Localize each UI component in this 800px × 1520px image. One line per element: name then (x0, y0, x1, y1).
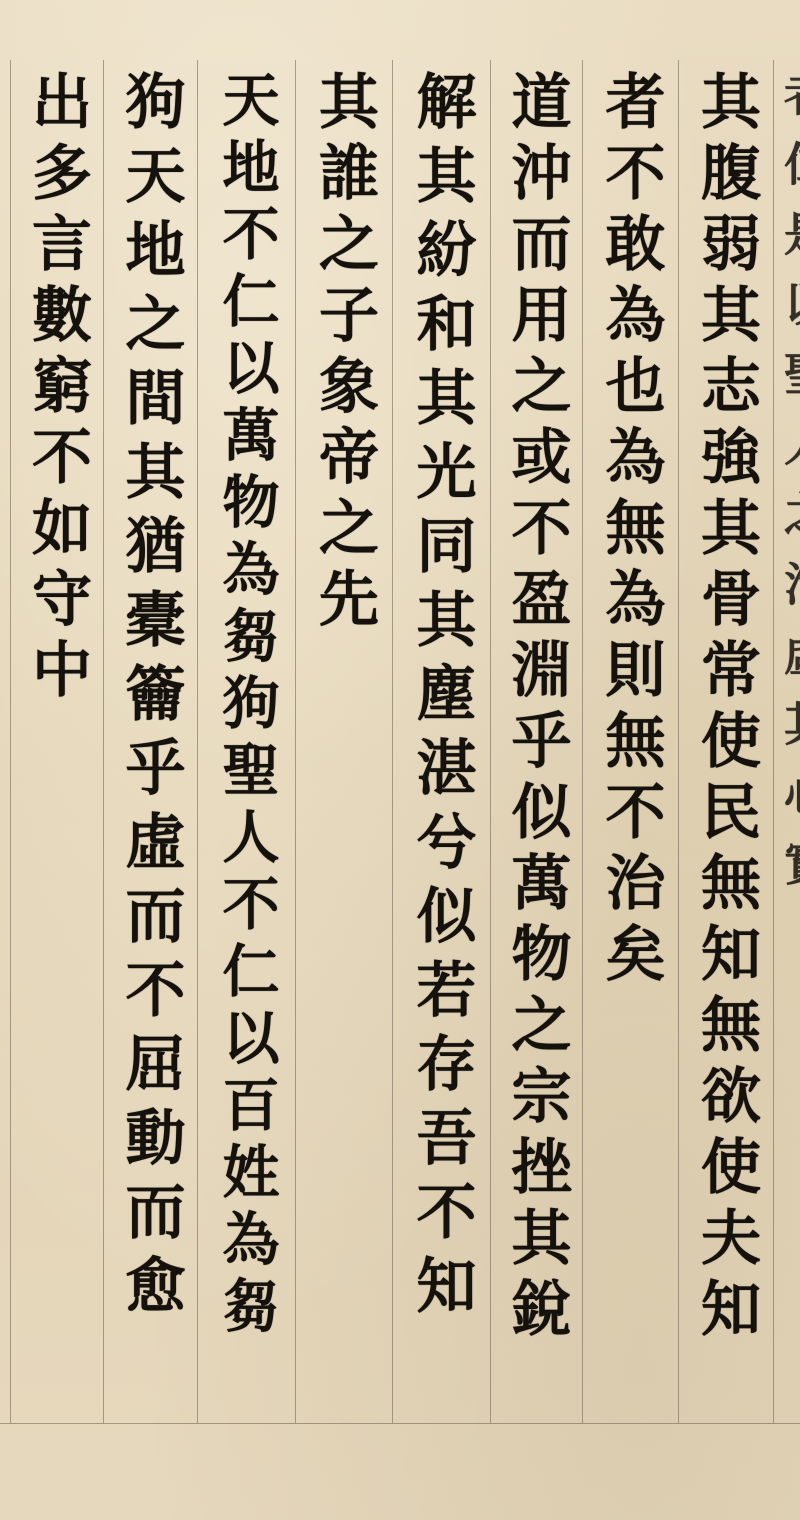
column-text: 其腹弱其志強其骨常使民無知無欲使夫知 (696, 70, 756, 1348)
text-column-3: 道沖而用之或不盈淵乎似萬物之宗挫其銳 (491, 60, 582, 1423)
text-column-4: 解其紛和其光同其塵湛兮似若存吾不知 (393, 60, 490, 1423)
manuscript-grid: 者仁是以聖人之治虛其心實 其腹弱其志強其骨常使民無知無欲使夫知 者不敢為也為無為… (0, 60, 800, 1424)
column-text: 狗天地之間其猶橐籥乎虛而不屈動而愈 (121, 70, 181, 1328)
text-column-7: 狗天地之間其猶橐籥乎虛而不屈動而愈 (104, 60, 197, 1423)
column-text: 天地不仁以萬物為芻狗聖人不仁以百姓為芻 (218, 70, 275, 1343)
text-column-1: 其腹弱其志強其骨常使民無知無欲使夫知 (679, 60, 773, 1423)
text-column-5: 其誰之子象帝之先 (296, 60, 392, 1423)
column-text: 者仁是以聖人之治虛其心實 (781, 70, 800, 910)
text-column-partial: 者仁是以聖人之治虛其心實 (774, 60, 800, 1423)
text-column-6: 天地不仁以萬物為芻狗聖人不仁以百姓為芻 (198, 60, 295, 1423)
column-text: 者不敢為也為無為則無不治矣 (601, 70, 661, 993)
text-column-8: 出多言數窮不如守中 (11, 60, 103, 1423)
column-text: 其誰之子象帝之先 (314, 70, 374, 638)
column-text: 出多言數窮不如守中 (27, 70, 87, 709)
column-text: 道沖而用之或不盈淵乎似萬物之宗挫其銳 (507, 70, 567, 1348)
column-text: 解其紛和其光同其塵湛兮似若存吾不知 (412, 70, 472, 1328)
text-column-2: 者不敢為也為無為則無不治矣 (583, 60, 678, 1423)
